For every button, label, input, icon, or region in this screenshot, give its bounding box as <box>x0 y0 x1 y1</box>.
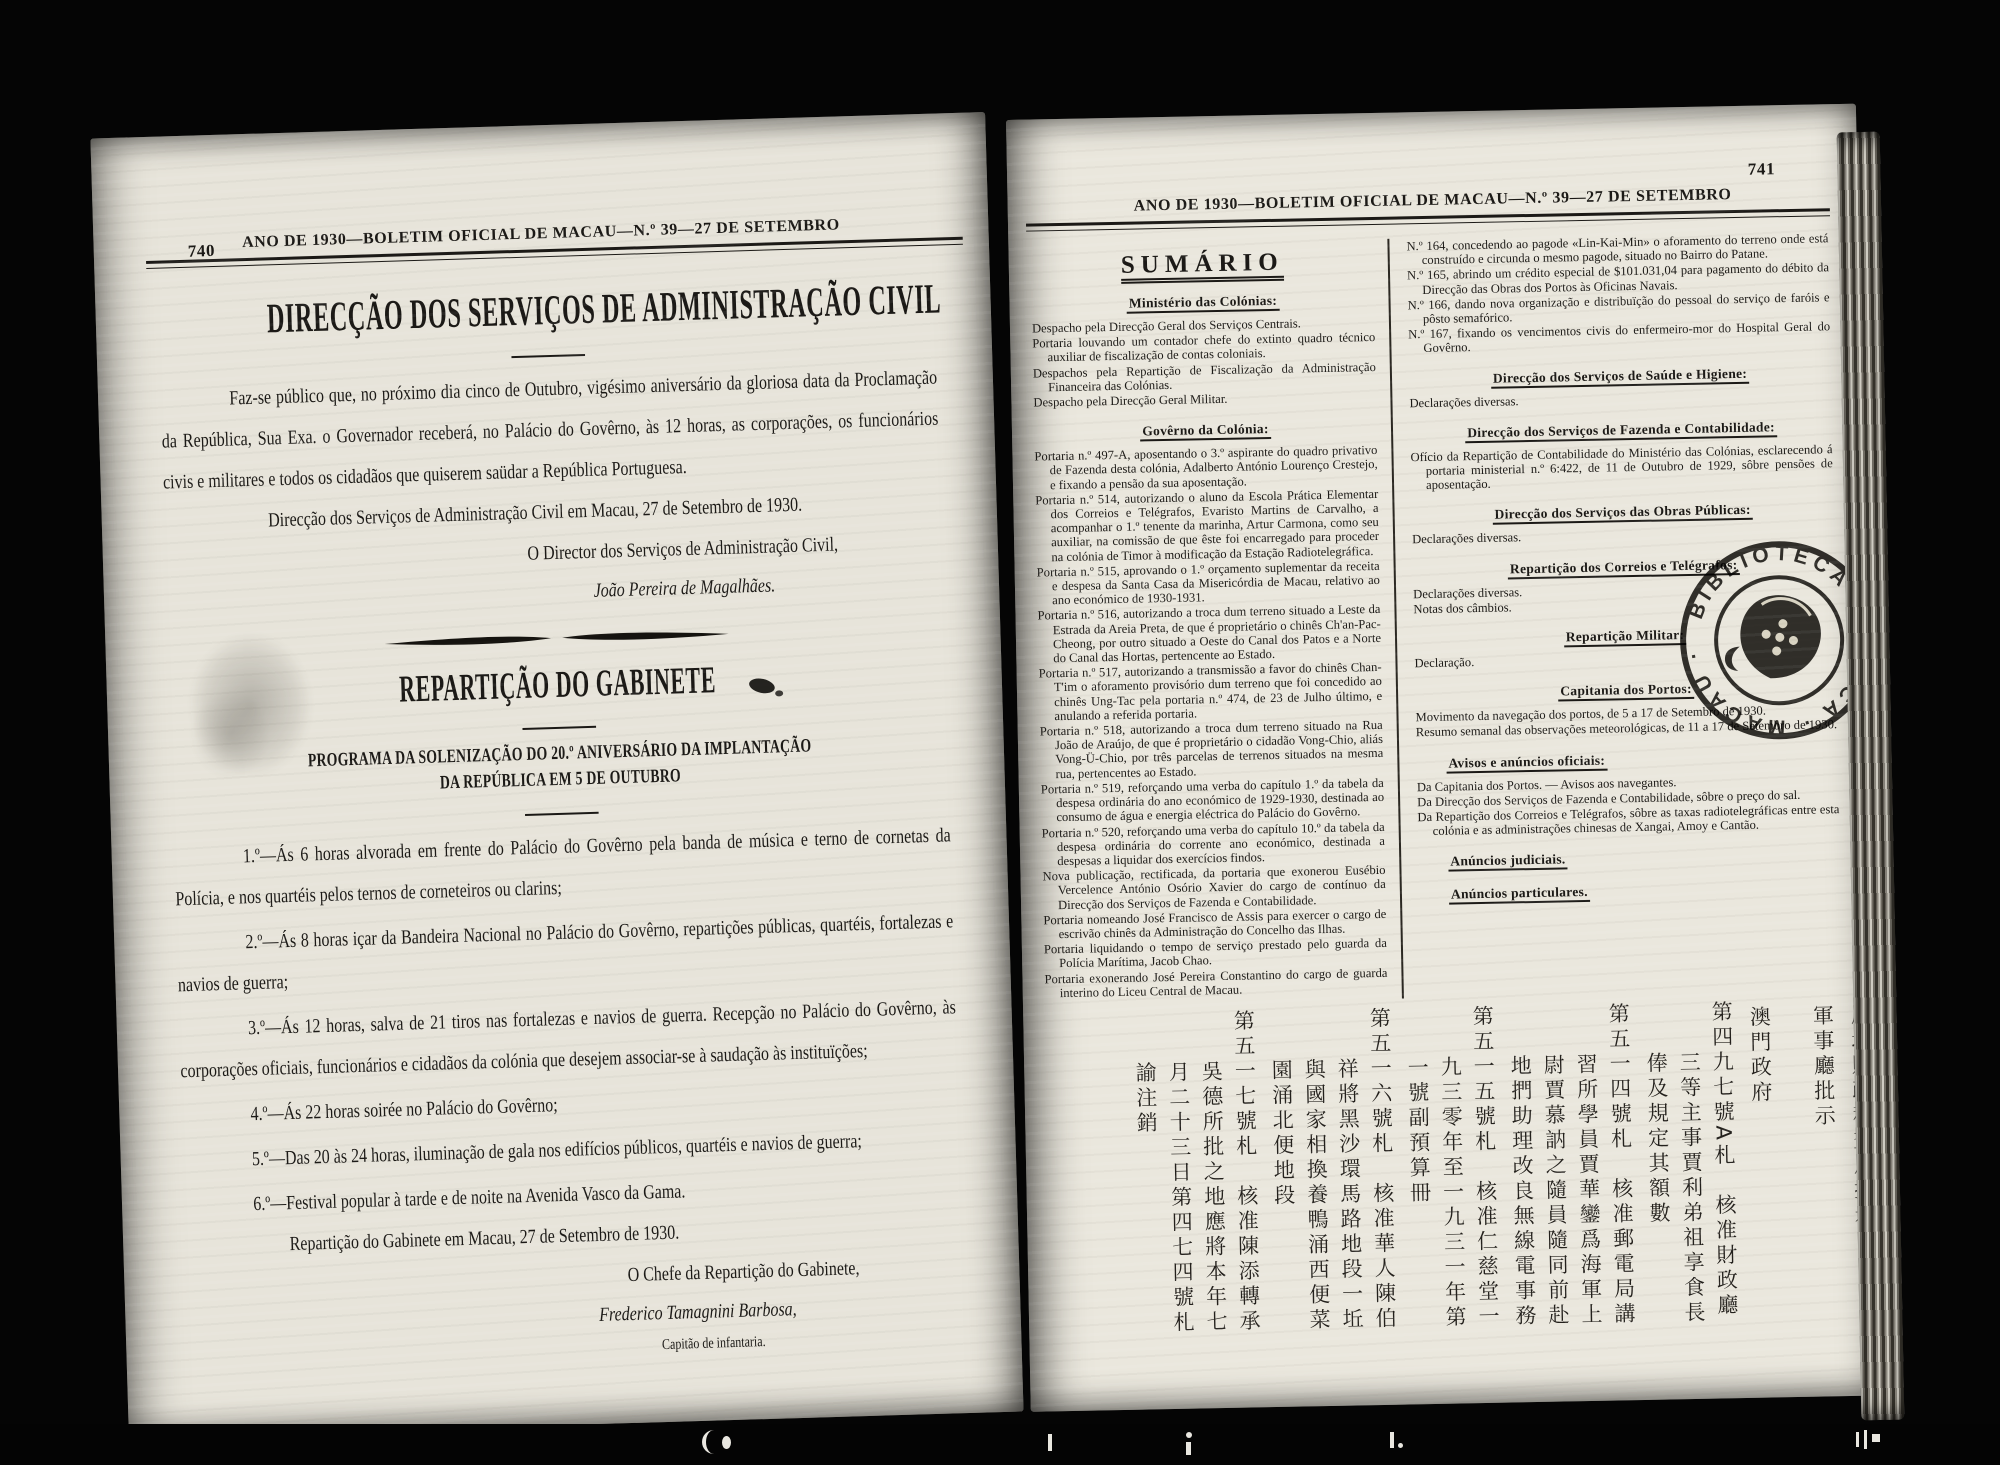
section-title-gabinete: REPARTIÇÃO DO GABINETE <box>277 655 837 716</box>
ornamental-divider-icon <box>384 628 728 650</box>
summary-section-heading: Avisos e anúncios oficiais: <box>1416 747 1838 773</box>
summary-entry: Portaria n.º 519, reforçando uma verba d… <box>1041 776 1385 825</box>
film-mark <box>1398 1443 1403 1448</box>
summary-section-heading: Anúncios particulares. <box>1419 879 1841 905</box>
summary-section-heading-text: Repartição dos Correios e Telégrafos: <box>1508 557 1740 579</box>
film-mark <box>1048 1434 1052 1451</box>
chinese-index-column: 第五一六號札 核准華人陳伯祥將黑沙環馬路地段一坵與國家相換養鴨涌西便菜園涌北便地… <box>1263 1007 1402 1349</box>
film-mark <box>1186 1442 1191 1455</box>
section-title-administracao-civil: DIRECÇÃO DOS SERVIÇOS DE ADMINISTRAÇÃO C… <box>266 279 826 344</box>
film-mark <box>722 1436 731 1449</box>
summary-entry: Declarações diversas. <box>1412 525 1834 547</box>
heading-divider <box>525 812 599 816</box>
summary-section-heading: Govêrno da Colónia: <box>1034 418 1377 443</box>
summary-entry: Portaria n.º 520, reforçando uma verba d… <box>1042 819 1386 868</box>
summary-section-heading: Direcção dos Serviços das Obras Públicas… <box>1412 500 1834 526</box>
chinese-index-column: 第五一七號札 核准陳添轉承吳德所批之地應將本年七月二十三日第四七四號札諭注銷 <box>1127 1009 1266 1351</box>
summary-section-heading-text: Govêrno da Colónia: <box>1140 421 1271 442</box>
page-number: 740 <box>187 241 215 262</box>
film-mark <box>1864 1430 1867 1449</box>
notice-paragraph: Faz-se público que, no próximo dia cinco… <box>160 358 940 504</box>
summary-section-heading-text: Repartição Militar: <box>1564 627 1687 647</box>
film-mark <box>1872 1434 1880 1442</box>
summary-section-heading-text: Direcção dos Serviços de Saúde e Higiene… <box>1491 365 1750 388</box>
summary-section-heading: Direcção dos Serviços de Fazenda e Conta… <box>1410 417 1832 443</box>
gazette-page-left: 740 ANO DE 1930—BOLETIM OFICIAL DE MACAU… <box>90 112 1023 1438</box>
chinese-index-column: 軍事廳批示 <box>1805 998 1845 1339</box>
microfilm-scan: { "left_page": { "page_number": "740", "… <box>0 0 2000 1465</box>
chinese-index-section: 目 錄屬務部總務廳批示札諭一件嘉獎屬地稽查長克盡厥職屬地財政稽查局批示軍事廳批示… <box>1023 986 1881 1354</box>
chinese-index-column: 第五一四號札 核准郵電局講習所學員賈華鑾爲海軍上尉賈慕訥之隨員隨同前赴地捫助理改… <box>1502 1002 1641 1344</box>
summary-section-heading: Ministério das Colónias: <box>1031 290 1374 315</box>
program-item-list: 1.º—Ás 6 horas alvorada em frente do Pal… <box>174 815 962 1227</box>
summary-entry: Portaria exonerando José Pereira Constan… <box>1044 965 1387 1000</box>
film-mark <box>1856 1432 1859 1447</box>
summary-column-right: N.º 164, concedendo ao pagode «Lin-Kai-M… <box>1389 230 1843 998</box>
chinese-index-column: 澳門政府 <box>1742 999 1782 1340</box>
title-divider <box>522 726 596 730</box>
title-divider <box>511 354 585 358</box>
page-number: 741 <box>1748 159 1776 180</box>
summary-section-heading: Repartição Militar: <box>1414 623 1836 649</box>
left-page-content: DIRECÇÃO DOS SERVIÇOS DE ADMINISTRAÇÃO C… <box>95 274 1022 1374</box>
summary-section-heading-text: Anúncios judiciais. <box>1448 852 1568 872</box>
summary-entry: Portaria n.º 517, autorizando a transmis… <box>1039 660 1383 723</box>
film-mark <box>1390 1432 1394 1448</box>
summary-entry: Declarações diversas. <box>1409 388 1831 410</box>
chinese-index-column: 第五一五號札 核准仁慈堂一九三零年至一九三一年第一號副預算冊 <box>1399 1005 1505 1347</box>
summary-section-heading-text: Capitania dos Portos: <box>1558 681 1694 702</box>
summary-entry: Portaria n.º 515, aprovando o 1.º orçame… <box>1037 559 1381 608</box>
summary-entry: Nova publicação, rectificada, da portari… <box>1042 863 1386 912</box>
summary-columns: SUMÁRIO Ministério das Colónias:Despacho… <box>1008 230 1872 1006</box>
summary-section-heading: Anúncios judiciais. <box>1418 846 1840 872</box>
summary-entry: Portaria n.º 514, autorizando o aluno da… <box>1035 487 1379 565</box>
summary-section-heading: Direcção dos Serviços de Saúde e Higiene… <box>1409 363 1831 389</box>
summary-section-heading: Capitania dos Portos: <box>1415 677 1837 703</box>
summary-section-heading-text: Avisos e anúncios oficiais: <box>1446 752 1607 773</box>
gazette-page-right: ANO DE 1930—BOLETIM OFICIAL DE MACAU—N.º… <box>1006 104 1881 1412</box>
summary-section-heading-text: Ministério das Colónias: <box>1127 293 1280 314</box>
summary-entry: Ofício da Repartição de Contabilidade do… <box>1410 442 1833 493</box>
running-header-text: ANO DE 1930—BOLETIM OFICIAL DE MACAU—N.º… <box>1134 186 1732 214</box>
film-strip <box>0 1424 2000 1465</box>
summary-entry: Portaria n.º 518, autorizando a troca du… <box>1040 718 1384 781</box>
summary-column-left: SUMÁRIO Ministério das Colónias:Despacho… <box>1030 239 1402 1006</box>
summary-entry: Declaração. <box>1414 648 1836 670</box>
summary-section-heading: Repartição dos Correios e Telégrafos: <box>1413 554 1835 580</box>
program-heading: PROGRAMA DA SOLENIZAÇÃO DO 20.º ANIVERSÁ… <box>239 731 882 802</box>
summary-section-heading-text: Direcção dos Serviços de Fazenda e Conta… <box>1465 419 1777 443</box>
chinese-index-column: 第四九七號A札 核准財政廳三等主事賈利弟祖享食長俸及規定其額數 <box>1638 1000 1744 1342</box>
summary-entry: Portaria n.º 516, autorizando a troca du… <box>1037 602 1381 665</box>
film-mark <box>1186 1432 1192 1438</box>
summary-section-heading-text: Direcção dos Serviços das Obras Públicas… <box>1492 502 1752 525</box>
summary-section-heading-text: Anúncios particulares. <box>1449 884 1590 905</box>
summary-title: SUMÁRIO <box>1031 247 1374 282</box>
summary-entry: Portaria n.º 497-A, aposentando o 3.º as… <box>1034 443 1378 492</box>
film-mark <box>702 1430 718 1454</box>
